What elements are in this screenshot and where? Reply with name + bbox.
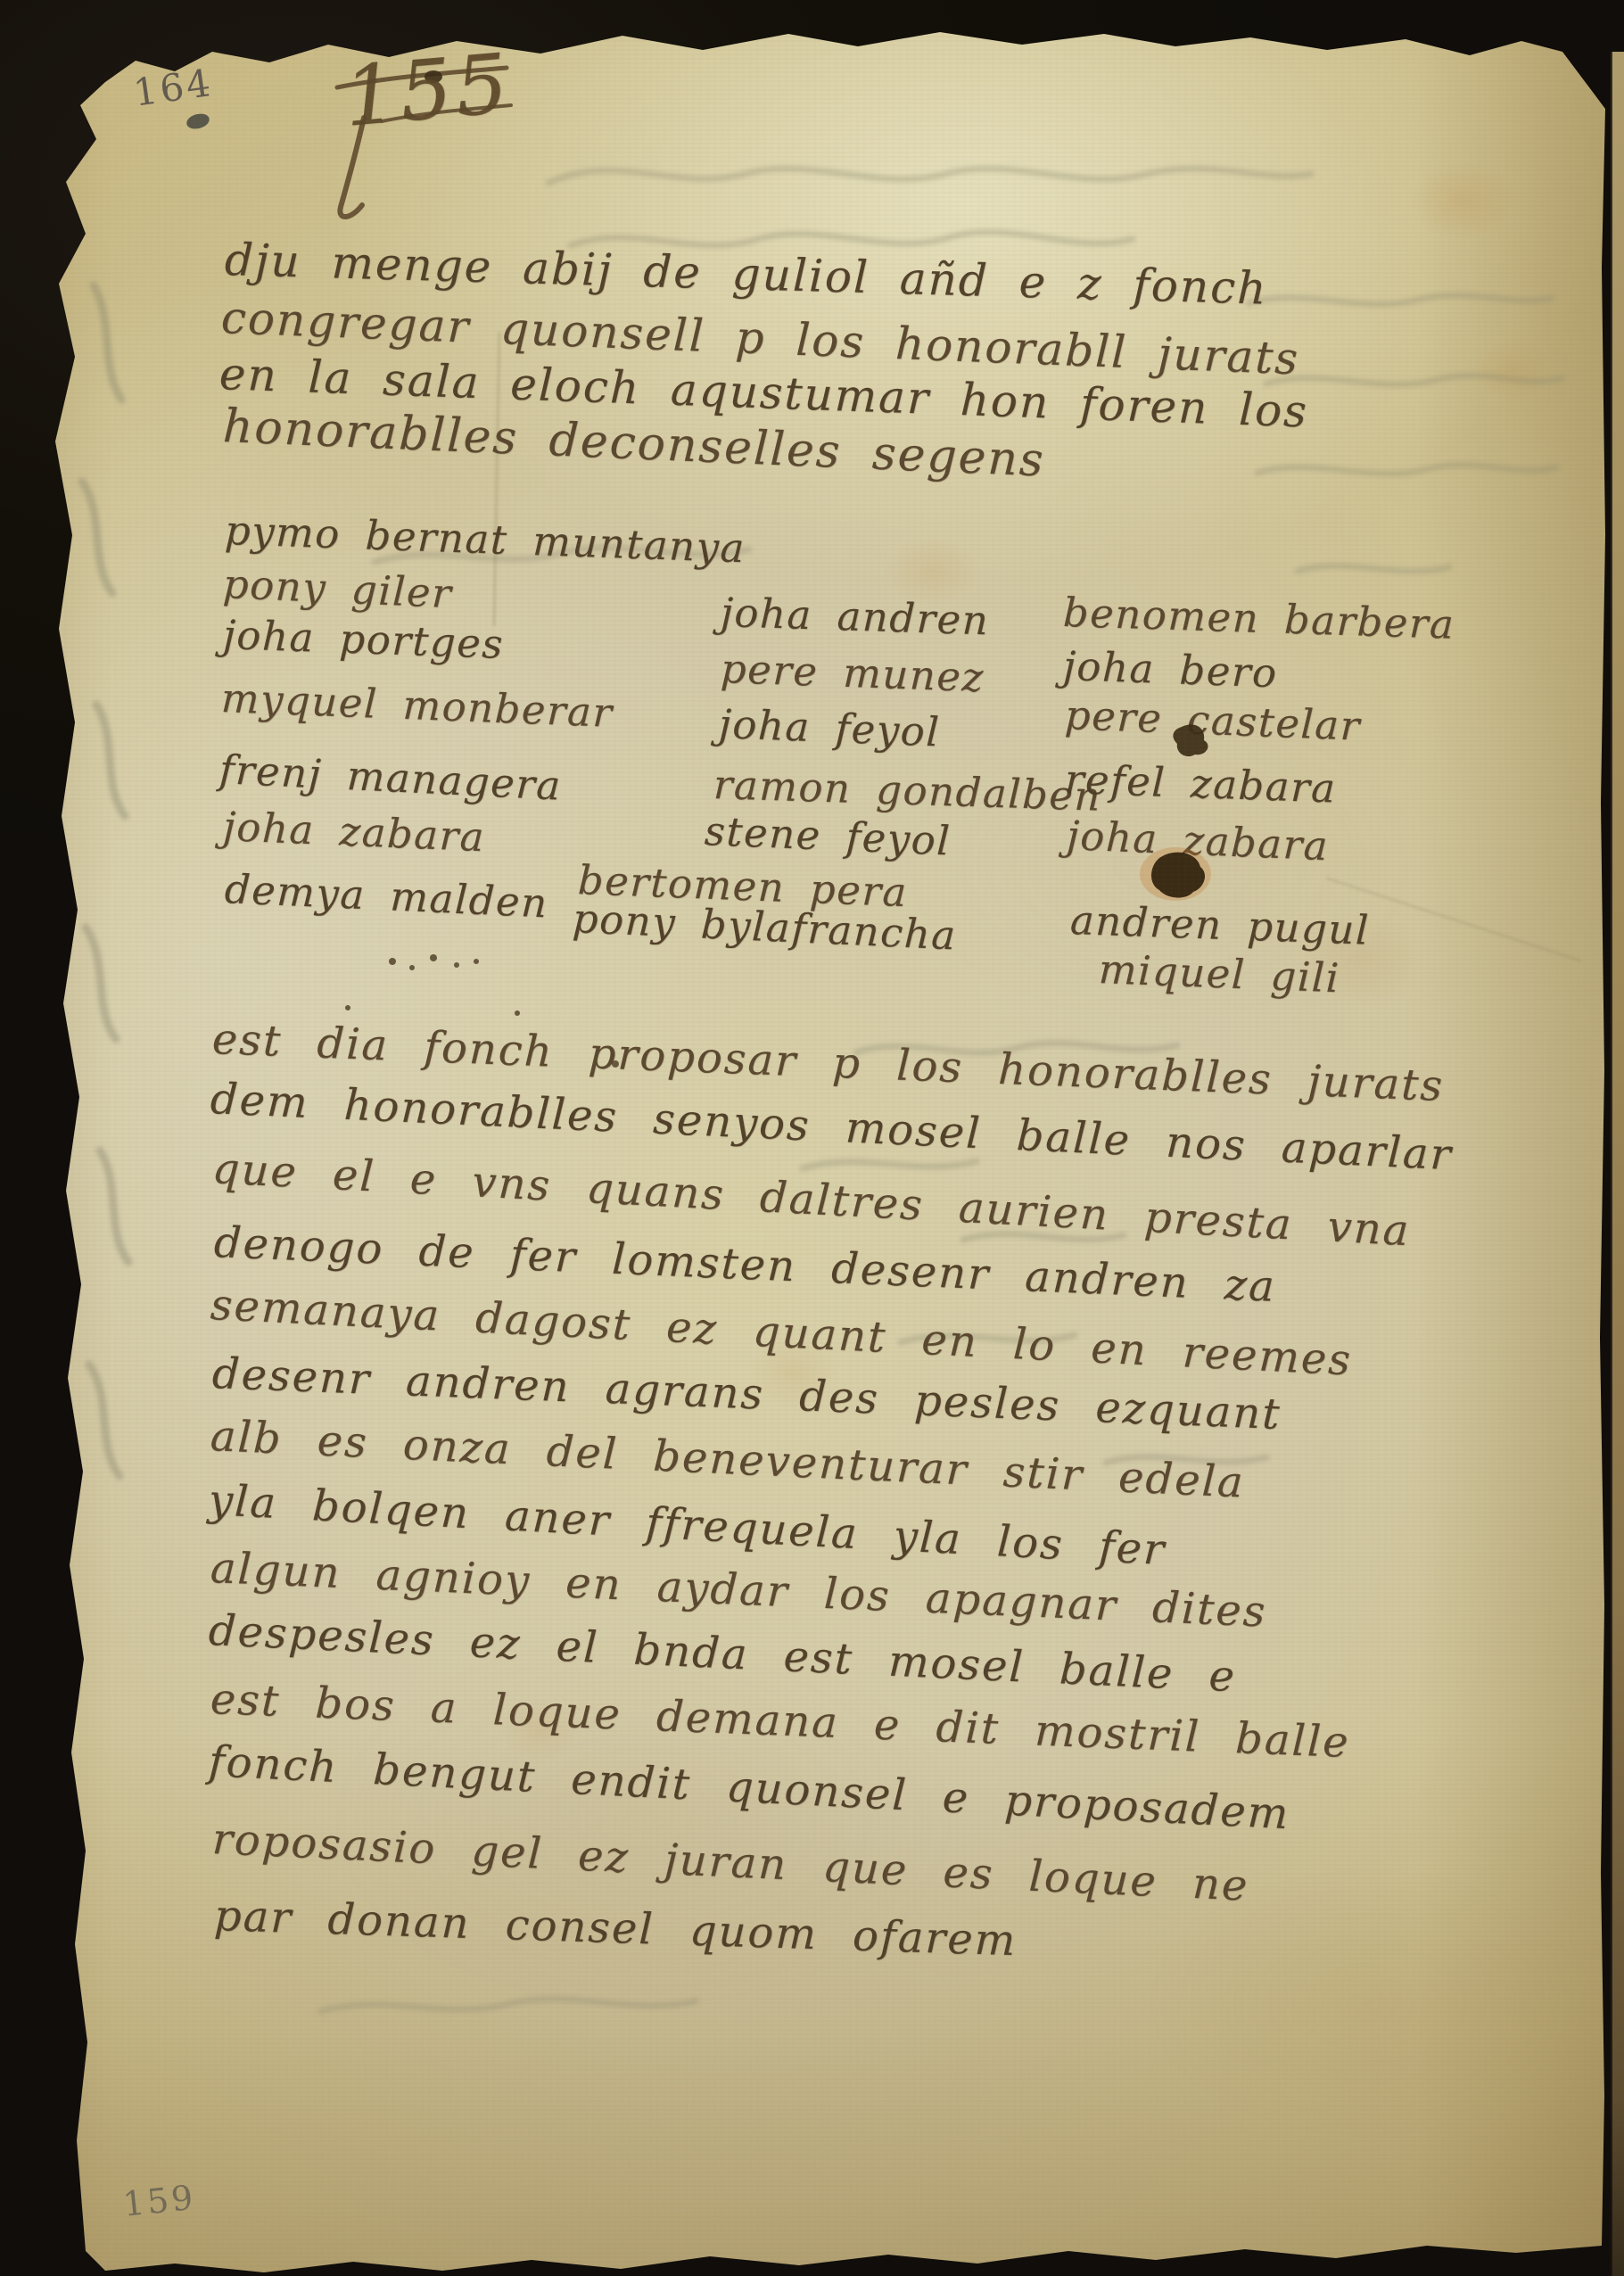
manuscript-photo: 164 155 dju menge abij de guliol añd e z… bbox=[0, 0, 1624, 2276]
attendee-name: pere munez bbox=[720, 645, 985, 701]
attendee-intro: pymo bernat muntanya bbox=[224, 507, 746, 572]
attendee-name: demya malden bbox=[224, 865, 549, 927]
attendee-name: refel zabara bbox=[1064, 755, 1337, 812]
folio-number-pencil-top: 164 bbox=[131, 61, 216, 115]
attendee-name: joha zabara bbox=[222, 803, 486, 861]
folio-number-ink-value: 155 bbox=[340, 36, 515, 145]
attendee-name: frenj managera bbox=[218, 746, 563, 810]
folio-number-pencil-bottom: 159 bbox=[121, 2178, 198, 2224]
folio-number-ink: 155 bbox=[328, 32, 524, 237]
attendee-name: joha andren bbox=[720, 589, 990, 644]
foxing-stain bbox=[1471, 339, 1552, 401]
attendee-name: benomen barbera bbox=[1062, 589, 1455, 648]
attendee-name: pony giler bbox=[222, 560, 453, 617]
attendee-name: joha bero bbox=[1062, 642, 1278, 697]
attendee-name: stene feyol bbox=[704, 807, 952, 865]
record-line: par donan consel quom ofarem bbox=[213, 1891, 1018, 1966]
attendee-name: miquel gili bbox=[1098, 945, 1341, 1002]
attendee-name: joha feyol bbox=[718, 700, 941, 755]
manuscript-page: 164 155 dju menge abij de guliol añd e z… bbox=[0, 0, 1609, 2276]
next-page-edge bbox=[1611, 52, 1624, 2276]
attendee-name: pere castelar bbox=[1064, 691, 1362, 750]
attendee-name: myquel monberar bbox=[220, 674, 614, 737]
attendee-name: joha zabara bbox=[1066, 812, 1330, 870]
foxing-stain bbox=[1409, 161, 1516, 241]
attendee-name: joha portges bbox=[222, 611, 505, 668]
